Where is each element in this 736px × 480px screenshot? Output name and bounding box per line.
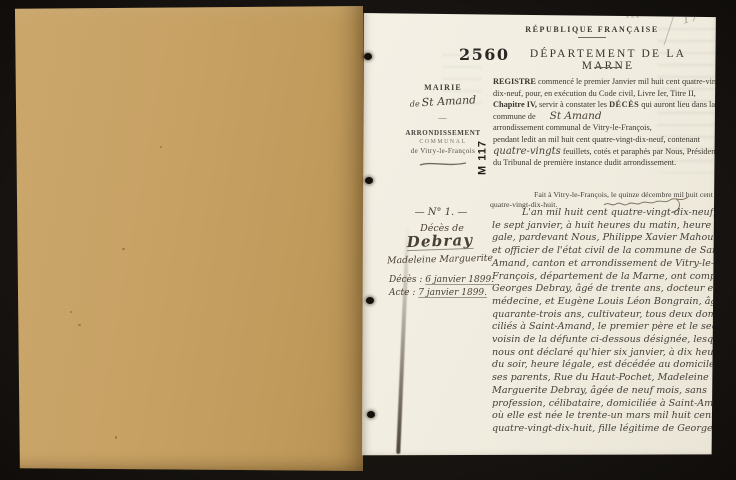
- registre-word: REGISTRE: [493, 77, 536, 86]
- registre-opening-paragraph: REGISTRE commencé le premier Janvier mil…: [493, 76, 719, 169]
- paper-speck: [122, 248, 125, 250]
- act-line: quarante-trois ans, cultivateur, tous de…: [492, 309, 718, 322]
- binding-hole: [365, 177, 373, 184]
- paper-speck: [70, 311, 72, 313]
- departement-heading: DÉPARTEMENT DE LA MARNE: [510, 48, 706, 72]
- registre-line: Chapitre IV, servir à constater les DÉCÈ…: [493, 99, 719, 111]
- register-title-page: 17 RÉPUBLIQUE FRANÇAISE 2560 DÉPARTEMENT…: [362, 9, 718, 458]
- binding-hole: [367, 411, 375, 418]
- act-line: Georges Debray, âgé de trente ans, docte…: [492, 283, 718, 296]
- act-line: Amand, canton et arrondissement de Vitry…: [492, 258, 718, 271]
- act-line: profession, célibataire, domiciliée à Sa…: [492, 398, 718, 411]
- commune-name: St Amand: [421, 93, 476, 109]
- divider-rule: [594, 67, 620, 68]
- act-line: L'an mil huit cent quatre-vingt-dix-neuf…: [492, 207, 718, 220]
- act-line: nous ont déclaré qu'hier six janvier, à …: [492, 347, 718, 360]
- act-line: où elle est née le trente-un mars mil hu…: [492, 410, 718, 423]
- act-line: quatre-vingt-dix-huit, fille légitime de…: [492, 423, 718, 436]
- blank-left-page: [10, 6, 363, 471]
- mairie-label: MAIRIE: [395, 83, 491, 92]
- registre-line: pendant ledit an mil huit cent quatre-vi…: [493, 134, 719, 146]
- deceased-forenames: Madeleine Marguerite: [386, 253, 494, 267]
- de-label: de: [410, 99, 420, 109]
- folio-number: 17: [680, 9, 700, 28]
- divider-dash: —: [395, 113, 491, 122]
- registre-text: servir à constater les: [537, 100, 609, 109]
- act-line: François, département de la Marne, ont c…: [492, 271, 718, 284]
- chapitre-word: Chapitre IV,: [493, 100, 537, 109]
- registre-line: REGISTRE commencé le premier Janvier mil…: [493, 76, 719, 88]
- archive-cote-stamp: M 117: [477, 129, 490, 187]
- registre-text: feuillets, cotés et paraphés par Nous, P…: [561, 147, 718, 156]
- registre-line: du Tribunal de première instance dudit a…: [493, 157, 719, 169]
- registre-line: quatre-vingts feuillets, cotés et paraph…: [493, 146, 719, 158]
- registre-line: arrondissement communal de Vitry-le-Fran…: [493, 122, 719, 134]
- act-line: le sept janvier, à huit heures du matin,…: [492, 220, 718, 233]
- death-date: 6 janvier 1899.: [425, 275, 494, 285]
- binding-hole: [364, 53, 372, 60]
- paper-speck: [115, 436, 117, 439]
- act-line: ciliés à Saint-Amand, le premier père et…: [492, 321, 718, 334]
- commune-name-handwritten: deSt Amand: [395, 92, 492, 110]
- registre-text: commune de: [493, 112, 536, 121]
- divider-rule: [578, 37, 606, 38]
- act-line: voisin de la défunte ci-dessous désignée…: [492, 334, 718, 347]
- paper-speck: [160, 146, 162, 148]
- binding-hole: [366, 297, 374, 304]
- scanned-register-spread: { "document": { "kind": "Registre des dé…: [0, 0, 736, 480]
- pen-flourish: [418, 160, 468, 168]
- death-act-body: L'an mil huit cent quatre-vingt-dix-neuf…: [492, 207, 718, 436]
- act-line: Marguerite Debray, âgée de neuf mois, sa…: [492, 385, 718, 398]
- commune-name-handwritten: St Amand: [536, 110, 606, 122]
- registre-number-stamp: 2560: [459, 45, 510, 64]
- act-line: et officier de l'état civil de la commun…: [492, 245, 718, 258]
- registre-line: commune deSt Amand: [493, 111, 719, 123]
- registre-text: commencé le premier Janvier mil huit cen…: [536, 77, 725, 86]
- act-number: — N° 1. —: [400, 207, 482, 218]
- republique-heading: RÉPUBLIQUE FRANÇAISE: [502, 25, 682, 34]
- registre-line: dix-neuf, pour, en exécution du Code civ…: [493, 88, 719, 100]
- deces-word: DÉCÈS: [609, 100, 639, 109]
- paper-speck: [78, 324, 81, 326]
- registre-text: qui auront lieu dans la: [639, 100, 715, 109]
- act-line: médecine, et Eugène Louis Léon Bongrain,…: [492, 296, 718, 309]
- feuillets-count-handwritten: quatre-vingts: [493, 146, 561, 157]
- act-line: ses parents, Rue du Haut-Pochet, Madelei…: [492, 372, 718, 385]
- act-line: gale, pardevant Nous, Philippe Xavier Ma…: [492, 232, 718, 245]
- act-date: 7 janvier 1899.: [418, 288, 487, 298]
- act-line: du soir, heure légale, est décédée au do…: [492, 359, 718, 372]
